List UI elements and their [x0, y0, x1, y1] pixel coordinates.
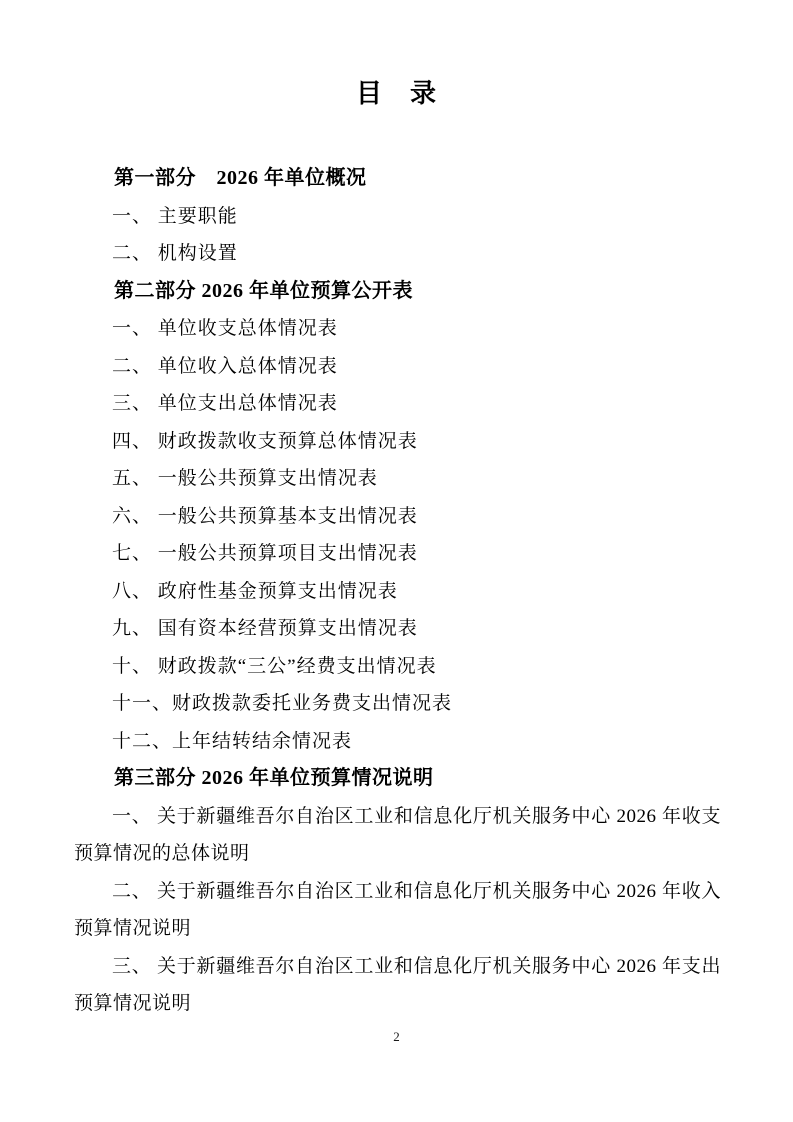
- toc-item: 一、 主要职能: [74, 198, 721, 236]
- toc-item: 七、 一般公共预算项目支出情况表: [74, 535, 721, 573]
- toc-item: 二、 关于新疆维吾尔自治区工业和信息化厅机关服务中心 2026 年收入预算情况说…: [74, 873, 721, 948]
- toc-item: 六、 一般公共预算基本支出情况表: [74, 498, 721, 536]
- toc-item: 一、 关于新疆维吾尔自治区工业和信息化厅机关服务中心 2026 年收支预算情况的…: [74, 798, 721, 873]
- toc-item: 五、 一般公共预算支出情况表: [74, 460, 721, 498]
- toc-item: 二、 单位收入总体情况表: [74, 348, 721, 386]
- toc-item: 二、 机构设置: [74, 235, 721, 273]
- toc-item: 八、 政府性基金预算支出情况表: [74, 573, 721, 611]
- toc-item: 一、 单位收支总体情况表: [74, 310, 721, 348]
- section-heading-part-3: 第三部分 2026 年单位预算情况说明: [74, 760, 721, 798]
- toc-item: 九、 国有资本经营预算支出情况表: [74, 610, 721, 648]
- section-heading-part-1: 第一部分 2026 年单位概况: [74, 160, 721, 198]
- toc-item: 十二、上年结转结余情况表: [74, 723, 721, 761]
- document-page: 目 录 第一部分 2026 年单位概况 一、 主要职能 二、 机构设置 第二部分…: [0, 0, 793, 1122]
- toc-item: 三、 单位支出总体情况表: [74, 385, 721, 423]
- toc-item: 十、 财政拨款“三公”经费支出情况表: [74, 648, 721, 686]
- toc-item: 四、 财政拨款收支预算总体情况表: [74, 423, 721, 461]
- toc-item: 三、 关于新疆维吾尔自治区工业和信息化厅机关服务中心 2026 年支出预算情况说…: [74, 948, 721, 1023]
- page-title: 目 录: [0, 0, 793, 110]
- toc-item: 十一、财政拨款委托业务费支出情况表: [74, 685, 721, 723]
- page-number: 2: [0, 1029, 793, 1045]
- section-heading-part-2: 第二部分 2026 年单位预算公开表: [74, 273, 721, 311]
- table-of-contents: 第一部分 2026 年单位概况 一、 主要职能 二、 机构设置 第二部分 202…: [74, 160, 721, 1023]
